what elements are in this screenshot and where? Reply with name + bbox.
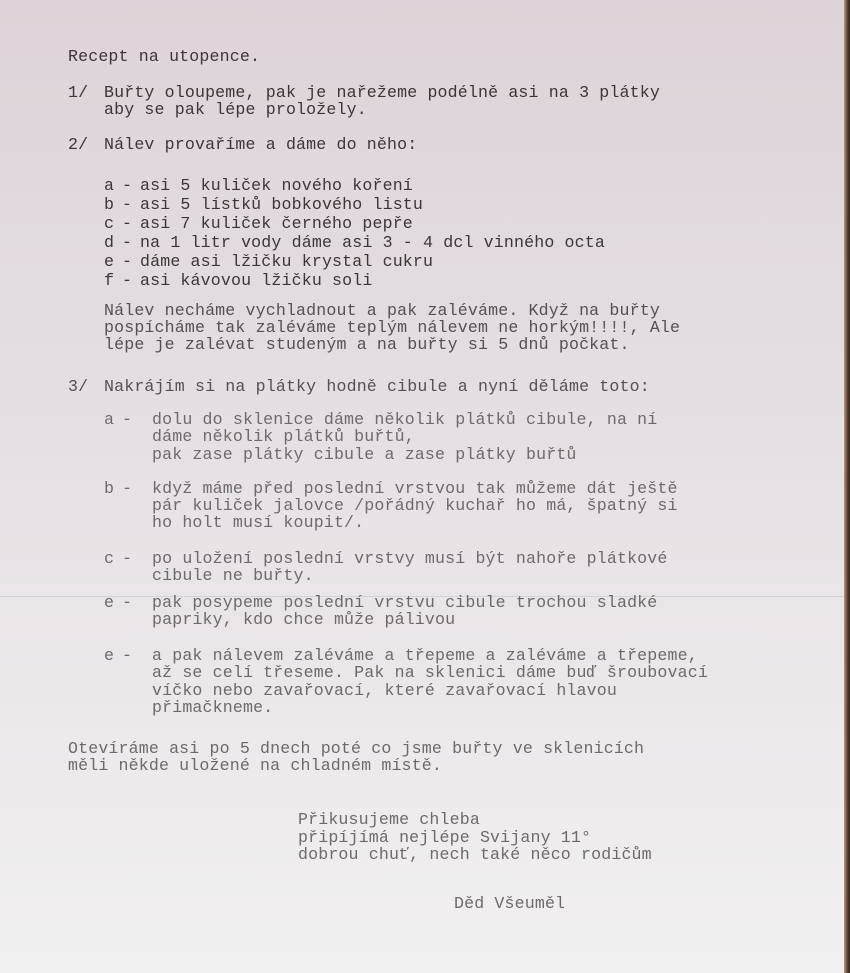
step1-line: aby se pak lépe proložely.: [104, 101, 367, 119]
step3-dash: -: [122, 594, 132, 612]
ingredient-text: asi 7 kuliček černého pepře: [140, 215, 413, 233]
ingredient-letter: a: [104, 177, 114, 195]
ingredient-letter: f: [104, 272, 114, 290]
ingredient-letter: b: [104, 196, 114, 214]
step3-dash: -: [122, 480, 132, 498]
document-title: Recept na utopence.: [68, 48, 260, 66]
brine-note-line: lépe je zalévat studeným a na buřty si 5…: [104, 336, 630, 354]
step3-letter: a: [104, 411, 114, 429]
ingredient-dash: -: [122, 196, 132, 214]
ingredient-text: asi 5 lístků bobkového listu: [140, 196, 423, 214]
ingredient-dash: -: [122, 272, 132, 290]
step3-letter: e: [104, 647, 114, 665]
ingredient-dash: -: [122, 253, 132, 271]
signoff-line: dobrou chuť, nech také něco rodičům: [298, 846, 652, 864]
signature: Děd Všeuměl: [454, 895, 565, 913]
step1-number: 1/: [68, 84, 88, 102]
step3-line: cibule ne buřty.: [152, 567, 314, 585]
step3-dash: -: [122, 411, 132, 429]
step3-dash: -: [122, 647, 132, 665]
step3-line: ho holt musí koupit/.: [152, 514, 364, 532]
ingredient-text: na 1 litr vody dáme asi 3 - 4 dcl vinnéh…: [140, 234, 605, 252]
ingredient-dash: -: [122, 234, 132, 252]
step3-letter: e: [104, 594, 114, 612]
ingredient-dash: -: [122, 177, 132, 195]
step2-number: 2/: [68, 136, 88, 154]
ingredient-text: dáme asi lžičku krystal cukru: [140, 253, 433, 271]
paper-edge: [844, 0, 850, 973]
step3-heading: Nakrájím si na plátky hodně cibule a nyn…: [104, 378, 650, 396]
ingredient-letter: d: [104, 234, 114, 252]
ingredient-dash: -: [122, 215, 132, 233]
closing-line: měli někde uložené na chladném místě.: [68, 757, 442, 775]
step3-number: 3/: [68, 378, 88, 396]
step3-letter: b: [104, 480, 114, 498]
step3-line: přimačkneme.: [152, 699, 273, 717]
step3-line: papriky, kdo chce může pálivou: [152, 611, 455, 629]
step3-letter: c: [104, 550, 114, 568]
ingredient-text: asi kávovou lžičku soli: [140, 272, 372, 290]
step3-line: až se celí třeseme. Pak na sklenici dáme…: [152, 664, 708, 682]
step3-line: dáme několik plátků buřtů,: [152, 428, 415, 446]
step3-dash: -: [122, 550, 132, 568]
step3-line: pak zase plátky cibule a zase plátky buř…: [152, 446, 577, 464]
step2-heading: Nálev provaříme a dáme do něho:: [104, 136, 417, 154]
signoff-line: Přikusujeme chleba: [298, 811, 480, 829]
ingredient-text: asi 5 kuliček nového koření: [140, 177, 413, 195]
ingredient-letter: c: [104, 215, 114, 233]
ingredient-letter: e: [104, 253, 114, 271]
